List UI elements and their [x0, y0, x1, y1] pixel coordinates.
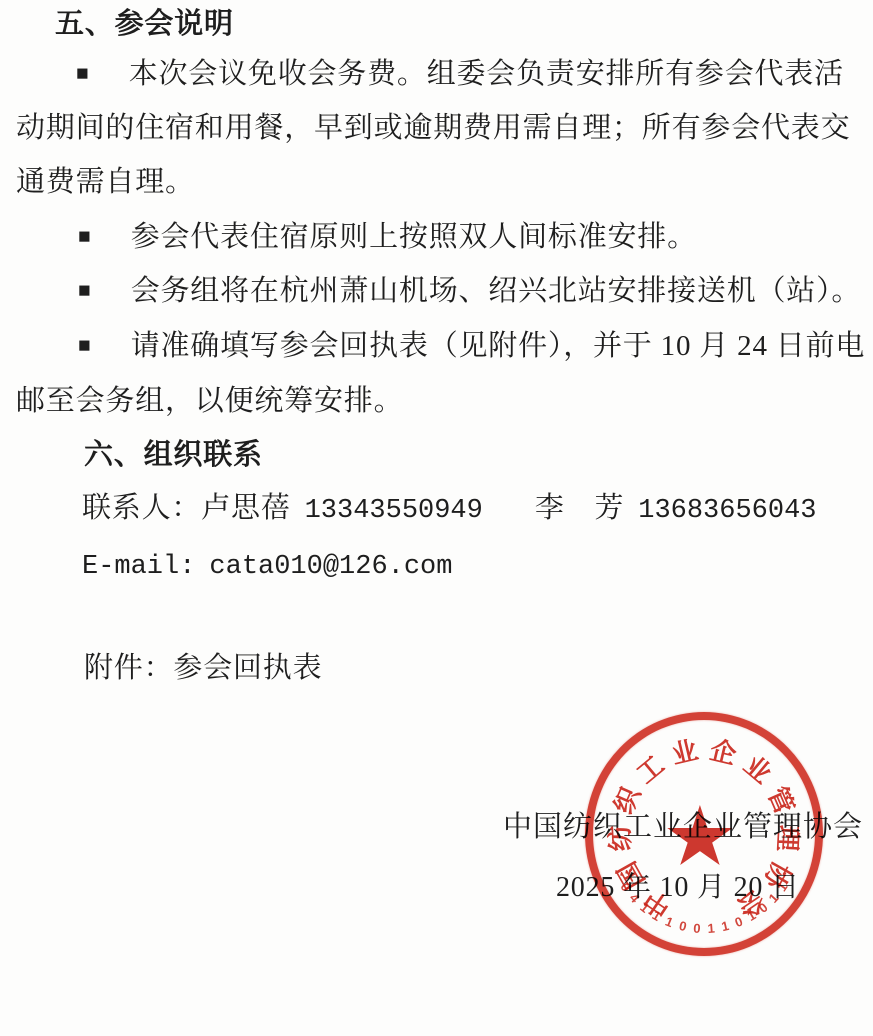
square-bullet-icon: ■ [78, 275, 91, 307]
bullet-item-1-wrap-line-2: 动期间的住宿和用餐，早到或逾期费用需自理；所有参会代表交 [16, 112, 850, 145]
contact-2-name: 李 芳 [535, 492, 624, 524]
section-5-heading: 五、参会说明 [55, 8, 234, 41]
section-6-heading: 六、组织联系 [84, 439, 263, 472]
square-bullet-icon: ■ [76, 58, 89, 90]
contact-2-phone: 13683656043 [638, 496, 816, 526]
contact-label: 联系人： [82, 492, 201, 524]
bullet-item-3: ■ 会务组将在杭州萧山机场、绍兴北站安排接送机（站）。 [78, 275, 861, 308]
scanned-document-page: 五、参会说明 ■ 本次会议免收会务费。组委会负责安排所有参会代表活 动期间的住宿… [0, 0, 873, 1036]
bullet-item-3-text: 会务组将在杭州萧山机场、绍兴北站安排接送机（站）。 [131, 275, 862, 308]
signature-date: 2025 年 10 月 20 日 [556, 872, 800, 904]
contact-1-phone: 13343550949 [305, 496, 483, 526]
square-bullet-icon: ■ [78, 330, 91, 362]
bullet-item-4: ■ 请准确填写参会回执表（见附件），并于 10 月 24 日前电 [78, 330, 865, 363]
attachment-line: 附件：参会回执表 [84, 652, 322, 685]
bullet-item-1-text: 本次会议免收会务费。组委会负责安排所有参会代表活 [129, 58, 844, 91]
bullet-item-4-wrap-line-2: 邮至会务组，以便统筹安排。 [16, 385, 403, 418]
signature-organization: 中国纺织工业企业管理协会 [503, 811, 863, 844]
email-value: cata010@126.com [209, 552, 452, 582]
email-label: E-mail: [82, 552, 195, 582]
contact-line: 联系人：卢思蓓13343550949李 芳13683656043 [82, 492, 816, 527]
bullet-item-2: ■ 参会代表住宿原则上按照双人间标准安排。 [78, 221, 697, 254]
bullet-item-2-text: 参会代表住宿原则上按照双人间标准安排。 [131, 221, 697, 254]
bullet-item-1: ■ 本次会议免收会务费。组委会负责安排所有参会代表活 [76, 58, 844, 91]
bullet-item-4-text: 请准确填写参会回执表（见附件），并于 10 月 24 日前电 [131, 330, 866, 363]
square-bullet-icon: ■ [78, 221, 91, 253]
bullet-item-1-wrap-line-3: 通费需自理。 [16, 166, 195, 199]
email-line: E-mail:cata010@126.com [82, 548, 452, 583]
contact-1-name: 卢思蓓 [201, 492, 290, 524]
